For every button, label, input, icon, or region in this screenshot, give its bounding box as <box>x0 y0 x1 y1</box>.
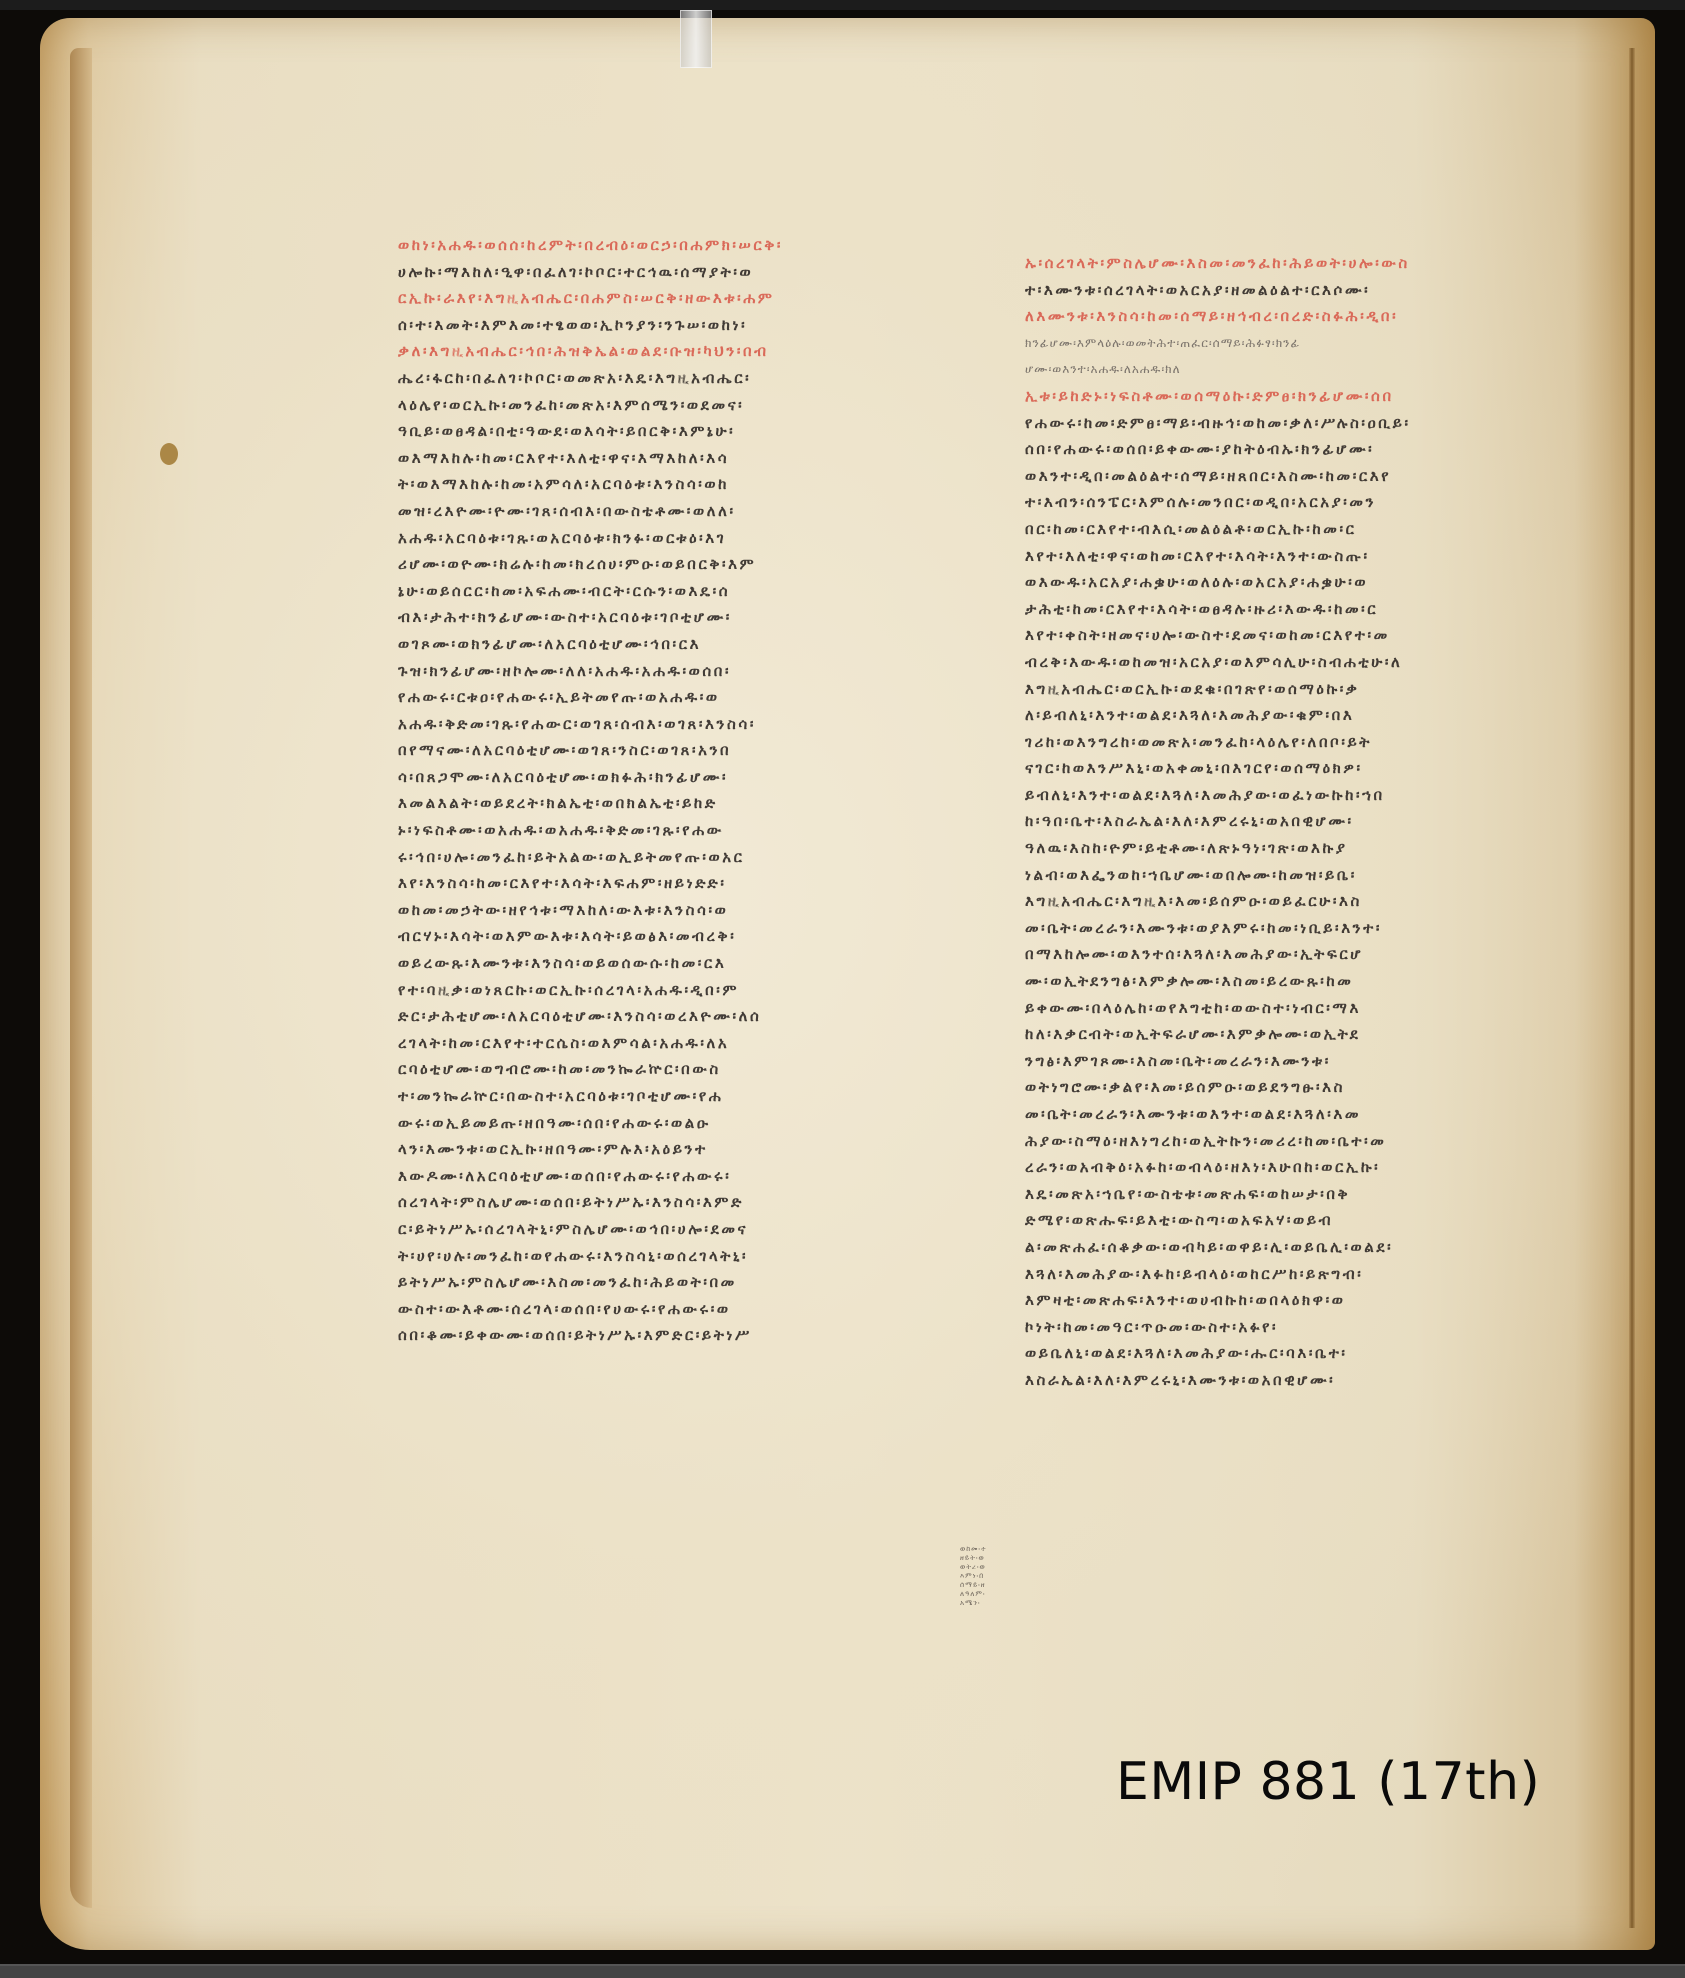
text-line: መ፡ቤት፡መረራን፡እሙንቱ፡ወእንተ፡ወልደ፡እጓለ፡እመ <box>1025 1101 1605 1128</box>
page-edge-curl <box>70 48 92 1908</box>
text-line: ከለ፡እቃርብት፡ወኢትፍራሆሙ፡እምቃሎሙ፡ወኢትደ <box>1025 1021 1605 1048</box>
text-line: ውስተ፡ውእቶሙ፡ሰረገላ፡ወሰበ፡የሀውሩ፡የሐውሩ፡ወ <box>398 1296 958 1323</box>
text-column-left: ወከነ፡አሐዱ፡ወሰሰ፡ከረምት፡በረብዕ፡ወርኃ፡በሐምክ፡ሠርቅ፡ሀሎኩ፡ማ… <box>398 232 958 1349</box>
text-line: ል፡መጽሐፈ፡ሰቆቃው፡ወብካይ፡ወዋይ፡ሊ፡ወይቤሊ፡ወልደ፡ <box>1025 1234 1605 1261</box>
text-line: ሩ፡ኅበ፡ሀሎ፡መንፈከ፡ይትአልው፡ወኢይትመየጡ፡ወአር <box>398 844 958 871</box>
text-line: እምዛቲ፡መጽሐፍ፡እንተ፡ወሀብኩከ፡ወበላዕክዋ፡ወ <box>1025 1287 1605 1314</box>
text-line: ሰ፡ተ፡እመት፡እምእመ፡ተፄወወ፡ኢኮንያን፡ንጉሠ፡ወከነ፡ <box>398 312 958 339</box>
text-line: ይብለኒ፡እንተ፡ወልደ፡እጓለ፡እመሕያው፡ወፈነውኩከ፡ኀበ <box>1025 782 1605 809</box>
text-line: እግዚአብሔር፡እግዚእ፡እመ፡ይሰምዑ፡ወይፈርሁ፡እስ <box>1025 888 1605 915</box>
text-line: ሰረገላት፡ምስሌሆሙ፡ወሰበ፡ይትነሥኡ፡እንስሳ፡እምድ <box>398 1189 958 1216</box>
text-line: ሰበ፡የሐውሩ፡ወሰበ፡ይቀውሙ፡ያከትዕብኡ፡ክንፊሆሙ፡ <box>1025 436 1605 463</box>
text-line: ብረቅ፡እውዱ፡ወከመዝ፡አርአያ፡ወእምሳሊሁ፡ስብሐቲሁ፡ለ <box>1025 649 1605 676</box>
top-bar <box>0 0 1685 10</box>
text-line: እየተ፡ቀስት፡ዘመና፡ሀሎ፡ውስተ፡ደመና፡ወከመ፡ርእየተ፡መ <box>1025 622 1605 649</box>
text-line: ወይረውጹ፡እሙንቱ፡እንስሳ፡ወይወሰውሱ፡ከመ፡ርእ <box>398 950 958 977</box>
text-line: ኔሁ፡ወይሰርር፡ከመ፡አፍሐሙ፡ብርት፡ርሱን፡ወእዴ፡ሰ <box>398 578 958 605</box>
page-clip <box>680 10 712 68</box>
text-line: ርባዕቲሆሙ፡ወግብሮሙ፡ከመ፡መንኰራኵር፡በውስ <box>398 1056 958 1083</box>
text-line: ተ፡እሙንቱ፡ሰረገላት፡ወአርአያ፡ዘመልዕልተ፡ርእሶሙ፡ <box>1025 277 1605 304</box>
text-column-right: ኡ፡ሰረገላት፡ምስሌሆሙ፡እስመ፡መንፈከ፡ሕይወት፡ሀሎ፡ውስተ፡እሙንቱ፡… <box>1025 250 1605 1394</box>
text-line: እመልእልት፡ወይደረት፡ክልኤቲ፡ወበክልኤቲ፡ይከድ <box>398 790 958 817</box>
text-line: ወእንተ፡ዲበ፡መልዕልተ፡ሰማይ፡ዘጸበር፡እስሙ፡ከመ፡ርእየ <box>1025 463 1605 490</box>
rubric-line: ርኢኩ፡ራእየ፡እግዚአብሔር፡በሐምስ፡ሠርቅ፡ዘውእቱ፡ሐም <box>398 285 958 312</box>
text-line: የሐውሩ፡ከመ፡ድምፀ፡ማይ፡ብዙኅ፡ወከመ፡ቃለ፡ሥሉስ፡ዐቢይ፡ <box>1025 410 1605 437</box>
text-line: ታሕቲ፡ከመ፡ርእየተ፡እሳት፡ወፀዳሉ፡ዙሪ፡እውዱ፡ከመ፡ር <box>1025 596 1605 623</box>
text-line: ለ፡ይብለኒ፡እንተ፡ወልደ፡እጓለ፡እመሕያው፡ቁም፡በእ <box>1025 702 1605 729</box>
text-line: ከ፡ዓበ፡ቤተ፡እስራኤል፡እለ፡እምረሩኒ፡ወአበዊሆሙ፡ <box>1025 808 1605 835</box>
text-line: አሐዱ፡አርባዕቱ፡ገጹ፡ወአርባዕቱ፡ክንፉ፡ወርቱዕ፡እገ <box>398 525 958 552</box>
rubric-line: ኡ፡ሰረገላት፡ምስሌሆሙ፡እስመ፡መንፈከ፡ሕይወት፡ሀሎ፡ውስ <box>1025 250 1605 277</box>
text-line: ሀሎኩ፡ማእከለ፡ዒዋ፡በፈለገ፡ኮቦር፡ተርኅዉ፡ሰማያት፡ወ <box>398 259 958 286</box>
text-line: በየማናሙ፡ለአርባዕቲሆሙ፡ወገጸ፡ንስር፡ወገጸ፡አንበ <box>398 737 958 764</box>
text-line: ላዕሌየ፡ወርኢኩ፡መንፈከ፡መጽአ፡እምሰሜን፡ወደመና፡ <box>398 392 958 419</box>
text-line: ብእ፡ታሕተ፡ክንፊሆሙ፡ውስተ፡አርባዕቱ፡ገቦቲሆሙ፡ <box>398 604 958 631</box>
text-line: እስራኤል፡እለ፡እምረሩኒ፡እሙንቱ፡ወአበዊሆሙ፡ <box>1025 1367 1605 1394</box>
text-line: እግዚአብሔር፡ወርኢኩ፡ወደቁ፡በገጽየ፡ወሰማዕኩ፡ቃ <box>1025 676 1605 703</box>
text-line: ውሩ፡ወኢይመይጡ፡ዘበዓሙ፡ሰበ፡የሐውሩ፡ወልዑ <box>398 1110 958 1137</box>
text-line: ተ፡መንኰራኵር፡በውስተ፡አርባዕቱ፡ገቦቲሆሙ፡የሐ <box>398 1083 958 1110</box>
text-line: ሆሙ፡ወእንተ፡አሐዱ፡ለአሐዱ፡ክለ <box>1025 356 1605 383</box>
text-line: ገሪከ፡ወእንግረከ፡ወመጽአ፡መንፈከ፡ላዕሌየ፡ለበቦ፡ይት <box>1025 729 1605 756</box>
text-line: በር፡ከመ፡ርእየተ፡ብእሲ፡መልዕልቶ፡ወርኢኩ፡ከመ፡ር <box>1025 516 1605 543</box>
text-line: ድር፡ታሕቲሆሙ፡ለአርባዕቲሆሙ፡እንስሳ፡ወረእዮሙ፡ለሰ <box>398 1003 958 1030</box>
bottom-bar <box>0 1964 1685 1978</box>
text-line: መ፡ቤት፡መረራን፡እሙንቱ፡ወያእምሩ፡ከመ፡ነቢይ፡እንተ፡ <box>1025 915 1605 942</box>
text-line: ወትነግሮሙ፡ቃልየ፡እመ፡ይሰምዑ፡ወይደንግፁ፡እስ <box>1025 1074 1605 1101</box>
text-line: ዓለዉ፡እስከ፡ዮም፡ይቲቶሙ፡ለጽኑዓነ፡ገጽ፡ወእኩያ <box>1025 835 1605 862</box>
text-line: ሕያው፡ስማዕ፡ዘእነግረከ፡ወኢትኩን፡መሪረ፡ከመ፡ቤተ፡መ <box>1025 1128 1605 1155</box>
text-line: ተ፡እብን፡ሰንፔር፡እምሰሉ፡መንበር፡ወዲበ፡አርአያ፡መን <box>1025 489 1605 516</box>
text-line: ወከመ፡መኃትው፡ዘየኅቱ፡ማእከለ፡ውእቱ፡እንስሳ፡ወ <box>398 897 958 924</box>
text-line: መዝ፡ረእዮሙ፡ዮሙ፡ገጸ፡ሰብእ፡በውስቴቶሙ፡ወለለ፡ <box>398 498 958 525</box>
manuscript-caption: EMIP 881 (17th) <box>1116 1752 1540 1812</box>
text-line: ሔረ፡ፋርከ፡በፈለገ፡ኮቦር፡ወመጽአ፡እዴ፡እግዚአብሔር፡ <box>398 365 958 392</box>
text-line: ዓቢይ፡ወፀዳል፡በቲ፡ዓውደ፡ወእሳት፡ይበርቅ፡እምኔሁ፡ <box>398 418 958 445</box>
text-line: እጓለ፡እመሕያው፡እፉከ፡ይብላዕ፡ወከርሥከ፡ይጽግብ፡ <box>1025 1261 1605 1288</box>
text-line: ድሜየ፡ወጽሑፍ፡ይእቲ፡ውስጣ፡ወአፍአሃ፡ወይብ <box>1025 1207 1605 1234</box>
rubric-line: ኢቱ፡ይከድኑ፡ነፍስቶሙ፡ወሰማዕኩ፡ድምፀ፡ክንፊሆሙ፡ሰበ <box>1025 383 1605 410</box>
text-line: ሳ፡በጸጋሞሙ፡ለአርባዕቲሆሙ፡ወክፉሕ፡ክንፊሆሙ፡ <box>398 764 958 791</box>
text-line: የተ፡ባዚቃ፡ወነጸርኩ፡ወርኢኩ፡ሰረገላ፡አሐዱ፡ዲበ፡ም <box>398 977 958 1004</box>
text-line: ናገር፡ከወእንሥእኒ፡ወአቀመኒ፡በእገርየ፡ወሰማዕክዎ፡ <box>1025 755 1605 782</box>
text-line: ረገላት፡ከመ፡ርእየተ፡ተርሴስ፡ወእምሳል፡አሐዱ፡ለአ <box>398 1030 958 1057</box>
rubric-line: ቃለ፡እግዚአብሔር፡ኅበ፡ሕዝቅኤል፡ወልደ፡ቡዝ፡ካህን፡በብ <box>398 338 958 365</box>
text-line: በማእከሎሙ፡ወእንተሰ፡እጓለ፡እመሕያው፡ኢትፍርሆ <box>1025 941 1605 968</box>
text-line: ላን፡እሙንቱ፡ወርኢኩ፡ዘበዓሙ፡ምሉእ፡አዕይንተ <box>398 1136 958 1163</box>
text-line: ት፡ሀየ፡ሀሉ፡መንፈከ፡ወየሐውሩ፡እንስሳኒ፡ወሰረገላትኒ፡ <box>398 1243 958 1270</box>
text-line: ወይቤለኒ፡ወልደ፡እጓለ፡እመሕያው፡ሑር፡ባእ፡ቤተ፡ <box>1025 1340 1605 1367</box>
text-line: ወገጾሙ፡ወክንፊሆሙ፡ለአርባዕቲሆሙ፡ኅበ፡ርእ <box>398 631 958 658</box>
text-line: ኮነት፡ከመ፡መዓር፡ጥዑመ፡ውስተ፡አፉየ፡ <box>1025 1314 1605 1341</box>
text-line: ኑ፡ነፍስቶሙ፡ወአሐዱ፡ወአሐዱ፡ቅድመ፡ገጹ፡የሐው <box>398 817 958 844</box>
text-line: ወእማእከሉ፡ከመ፡ርእየተ፡እለቲ፡ዋና፡እማእከለ፡እሳ <box>398 445 958 472</box>
text-line: እየተ፡እለቲ፡ዋና፡ወከመ፡ርእየተ፡እሳት፡እንተ፡ውስጡ፡ <box>1025 543 1605 570</box>
text-line: ነልብ፡ወእፌንወከ፡ኀቤሆሙ፡ወበሎሙ፡ከመዝ፡ይቤ፡ <box>1025 862 1605 889</box>
text-line: እየ፡እንስሳ፡ከመ፡ርእየተ፡እሳት፡እፍሐም፡ዘይነድድ፡ <box>398 870 958 897</box>
marginal-note: ወከመ፡ተ ዘይት፡ወ ወትረ፡ወ እምነ፡በ ሰማይ፡ዘ ለዓለም፡ አሜን፡ <box>960 1545 1022 1608</box>
text-line: ሪሆሙ፡ወዮሙ፡ክሬሉ፡ከመ፡ክረሰሀ፡ምዑ፡ወይበርቅ፡እም <box>398 551 958 578</box>
text-line: ሙ፡ወኢትደንግፅ፡እምቃሎሙ፡እስመ፡ይረውጹ፡ከመ <box>1025 968 1605 995</box>
text-line: ንግፅ፡እምገጾሙ፡እስመ፡ቤት፡መረራን፡እሙንቱ፡ <box>1025 1048 1605 1075</box>
rubric-line: ለእሙንቱ፡እንስሳ፡ከመ፡ሰማይ፡ዘኅብረ፡በረድ፡ስፉሕ፡ዲበ፡ <box>1025 303 1605 330</box>
text-line: አሐዱ፡ቅድመ፡ገጹ፡የሐውር፡ወገጸ፡ሰብእ፡ወገጸ፡እንስሳ፡ <box>398 711 958 738</box>
text-line: ክንፊሆሙ፡እምላዕሉ፡ወመትሕተ፡ጠፈር፡ሰማይ፡ሕፉፃ፡ክንፊ <box>1025 330 1605 357</box>
text-line: ረራን፡ወአብቅዕ፡አፉከ፡ወብላዕ፡ዘእነ፡እሁበከ፡ወርኢኩ፡ <box>1025 1154 1605 1181</box>
text-line: ይቀውሙ፡በላዕሌከ፡ወየእግቲከ፡ወውስተ፡ነብር፡ማእ <box>1025 995 1605 1022</box>
text-line: ወእውዱ፡አርአያ፡ሐቌሁ፡ወለዕሉ፡ወአርአያ፡ሐቌሁ፡ወ <box>1025 569 1605 596</box>
text-line: ብርሃኑ፡እሳት፡ወእምውእቱ፡እሳት፡ይወፅእ፡መብረቅ፡ <box>398 923 958 950</box>
text-line: ጉዝ፡ክንፊሆሙ፡ዘኮሎሙ፡ለለ፡አሐዱ፡አሐዱ፡ወሰበ፡ <box>398 658 958 685</box>
text-line: ር፡ይትነሥኡ፡ሰረገላትኒ፡ምስሌሆሙ፡ወኅበ፡ሀሎ፡ደመና <box>398 1216 958 1243</box>
text-line: የሐውሩ፡ርቱዐ፡የሐውሩ፡ኢይትመየጡ፡ወአሐዱ፡ወ <box>398 684 958 711</box>
text-line: ሰበ፡ቆሙ፡ይቀውሙ፡ወሰበ፡ይትነሥኡ፡እምድር፡ይትነሥ <box>398 1322 958 1349</box>
text-line: እዴ፡መጽአ፡ኀቤየ፡ውስቴቱ፡መጽሐፍ፡ወከሠታ፡በቅ <box>1025 1181 1605 1208</box>
text-line: ይትነሥኡ፡ምስሌሆሙ፡እስመ፡መንፈከ፡ሕይወት፡በመ <box>398 1269 958 1296</box>
ink-stain <box>160 443 178 465</box>
rubric-line: ወከነ፡አሐዱ፡ወሰሰ፡ከረምት፡በረብዕ፡ወርኃ፡በሐምክ፡ሠርቅ፡ <box>398 232 958 259</box>
text-line: ት፡ወእማእከሉ፡ከመ፡አምሳለ፡አርባዕቱ፡እንስሳ፡ወከ <box>398 471 958 498</box>
text-line: እውዶሙ፡ለአርባዕቲሆሙ፡ወሰበ፡የሐውሩ፡የሐውሩ፡ <box>398 1163 958 1190</box>
